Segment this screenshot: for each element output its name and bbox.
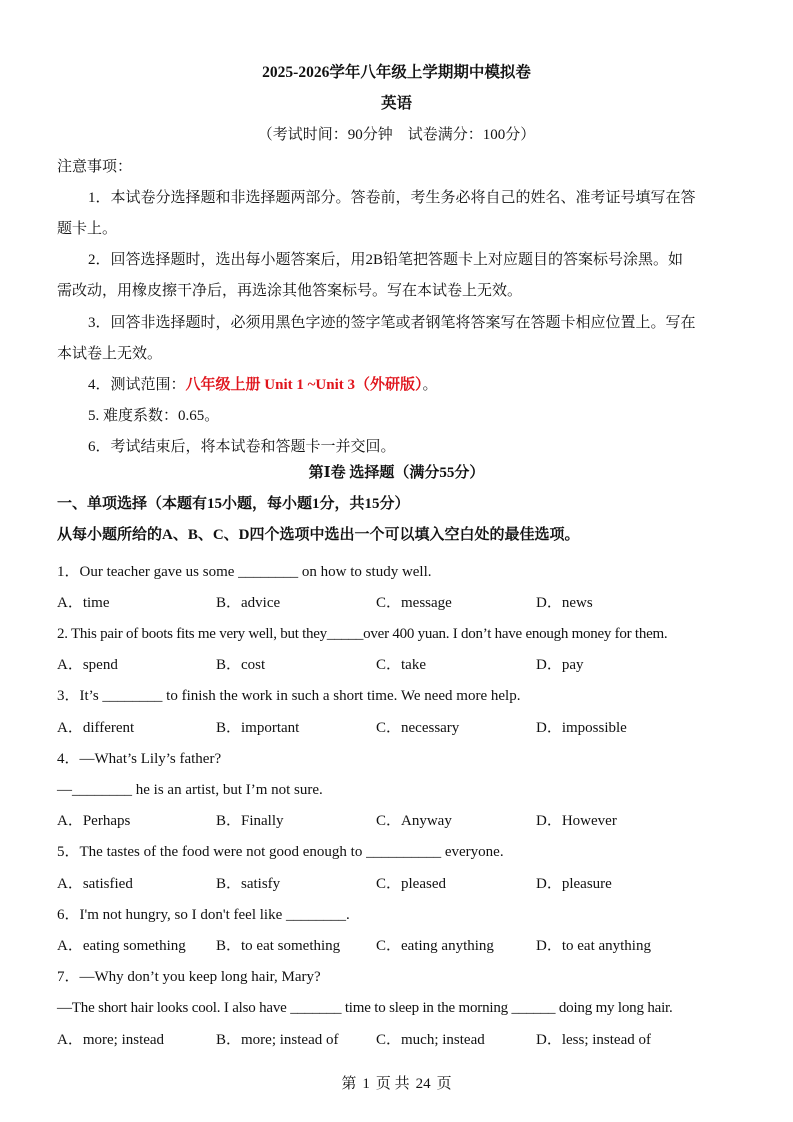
test-scope-highlight: 八年级上册 Unit 1 ~Unit 3（外研版） (186, 377, 423, 393)
note-3-line2: 本试卷上无效。 (57, 344, 736, 364)
option-b: B．satisfy (216, 874, 280, 894)
option-d: D．pleasure (536, 874, 612, 894)
option-c: C．take (376, 655, 426, 675)
exam-info: （考试时间：90分钟 试卷满分：100分） (0, 125, 793, 145)
note-1-line1: 1．本试卷分选择题和非选择题两部分。答卷前，考生务必将自己的姓名、准考证号填写在… (57, 188, 736, 208)
part1-title: 第Ⅰ卷 选择题（满分55分） (0, 463, 793, 483)
note-4: 4．测试范围：八年级上册 Unit 1 ~Unit 3（外研版）。 (57, 375, 736, 395)
question-3-stem: 3．It’s ________ to finish the work in su… (57, 686, 736, 706)
option-d: D．to eat anything (536, 936, 651, 956)
subject-title: 英语 (0, 94, 793, 114)
note-3-line1: 3．回答非选择题时，必须用黑色字迹的签字笔或者钢笔将答案写在答题卡相应位置上。写… (57, 313, 736, 333)
exam-title: 2025-2026学年八年级上学期期中模拟卷 (0, 63, 793, 83)
option-b: B．cost (216, 655, 265, 675)
question-1-stem: 1．Our teacher gave us some ________ on h… (57, 562, 736, 582)
note-4-prefix: 4．测试范围： (88, 377, 186, 393)
page-footer: 第1页 共24页 (0, 1074, 793, 1094)
option-c: C．necessary (376, 718, 459, 738)
footer-prefix: 第 (341, 1076, 356, 1092)
option-b: B．important (216, 718, 299, 738)
question-4-stem: 4．—What’s Lily’s father? (57, 749, 736, 769)
question-7-stem: 7．—Why don’t you keep long hair, Mary? (57, 967, 736, 987)
option-d: D．news (536, 593, 593, 613)
note-1-line2: 题卡上。 (57, 219, 736, 239)
option-c: C．eating anything (376, 936, 494, 956)
footer-middle: 页 共 (376, 1076, 410, 1092)
notes-heading: 注意事项： (57, 157, 736, 177)
option-d: D．However (536, 811, 617, 831)
option-c: C．message (376, 593, 452, 613)
footer-suffix: 页 (437, 1076, 452, 1092)
section-title: 一、单项选择（本题有15小题，每小题1分，共15分） (57, 494, 736, 514)
question-7-response: —The short hair looks cool. I also have … (57, 998, 736, 1018)
question-4-response: —________ he is an artist, but I’m not s… (57, 780, 736, 800)
exam-page: 2025-2026学年八年级上学期期中模拟卷 英语 （考试时间：90分钟 试卷满… (0, 0, 793, 1122)
total-pages-number: 24 (416, 1076, 431, 1092)
section-instruction: 从每小题所给的A、B、C、D四个选项中选出一个可以填入空白处的最佳选项。 (57, 525, 736, 545)
note-6: 6．考试结束后，将本试卷和答题卡一并交回。 (57, 437, 736, 457)
option-d: D．pay (536, 655, 584, 675)
option-c: C．Anyway (376, 811, 452, 831)
option-a: A．more; instead (57, 1030, 164, 1050)
note-4-suffix: 。 (423, 377, 438, 393)
option-a: A．eating something (57, 936, 186, 956)
option-b: B．Finally (216, 811, 284, 831)
option-d: D．less; instead of (536, 1030, 651, 1050)
note-5: 5. 难度系数：0.65。 (57, 406, 736, 426)
option-c: C．much; instead (376, 1030, 485, 1050)
option-b: B．advice (216, 593, 280, 613)
question-6-stem: 6．I'm not hungry, so I don't feel like _… (57, 905, 736, 925)
option-a: A．time (57, 593, 110, 613)
option-a: A．satisfied (57, 874, 133, 894)
current-page-number: 1 (362, 1076, 370, 1092)
note-2-line2: 需改动，用橡皮擦干净后，再选涂其他答案标号。写在本试卷上无效。 (57, 281, 736, 301)
option-d: D．impossible (536, 718, 627, 738)
option-a: A．spend (57, 655, 118, 675)
note-2-line1: 2．回答选择题时，选出每小题答案后，用2B铅笔把答题卡上对应题目的答案标号涂黑。… (57, 250, 736, 270)
option-c: C．pleased (376, 874, 446, 894)
option-a: A．different (57, 718, 134, 738)
option-b: B．to eat something (216, 936, 340, 956)
question-5-stem: 5．The tastes of the food were not good e… (57, 842, 736, 862)
option-b: B．more; instead of (216, 1030, 338, 1050)
question-2-stem: 2. This pair of boots fits me very well,… (57, 624, 736, 644)
option-a: A．Perhaps (57, 811, 130, 831)
